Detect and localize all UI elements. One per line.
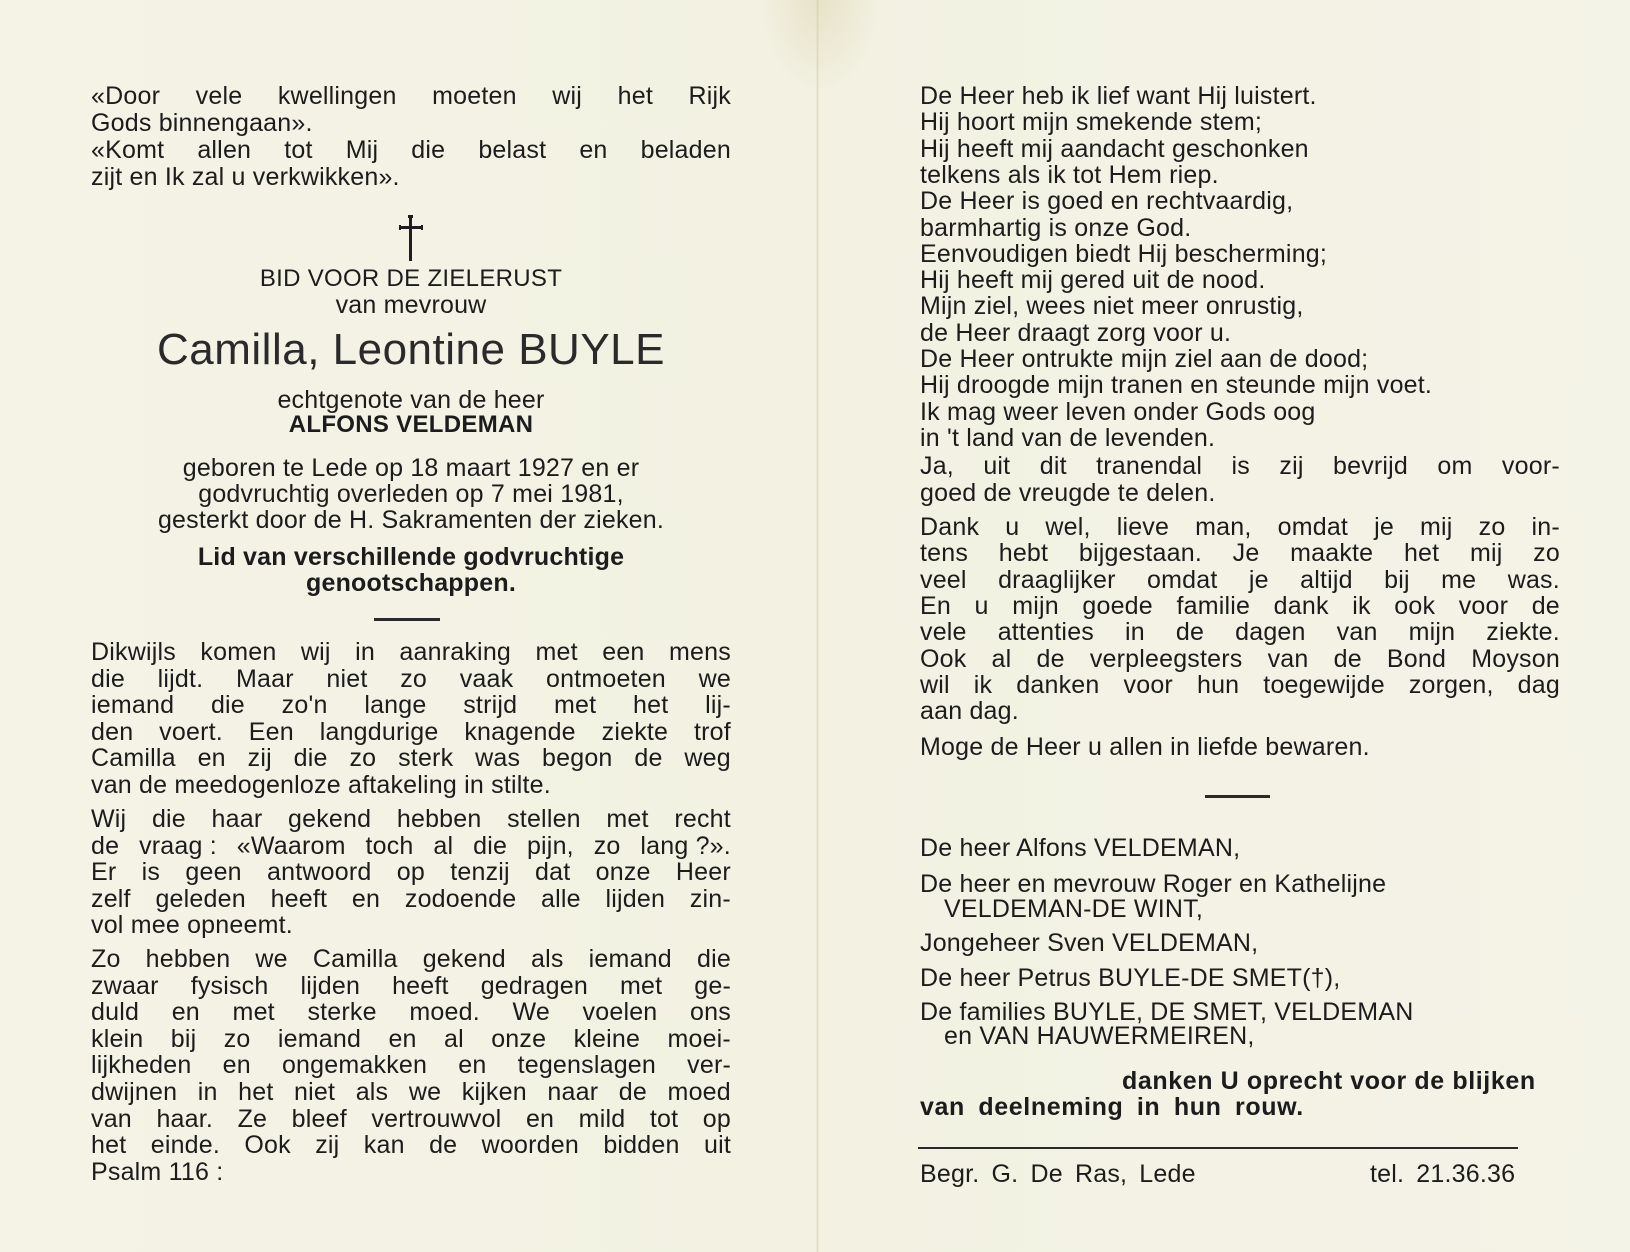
word: je xyxy=(1374,513,1394,541)
word: die xyxy=(411,136,445,164)
word: moed xyxy=(668,1078,731,1106)
word: zo xyxy=(1533,539,1560,567)
word: Ze xyxy=(238,1105,268,1133)
word: met xyxy=(535,638,577,666)
word: zo xyxy=(224,1025,251,1053)
word: die xyxy=(473,832,507,860)
section-divider xyxy=(1205,795,1270,798)
psalm-line: telkens als ik tot Hem riep. xyxy=(920,161,1219,189)
word: alle xyxy=(541,885,581,913)
blessing-line: Moge de Heer u allen in liefde bewaren. xyxy=(920,733,1370,761)
family-line: De heer Alfons VELDEMAN, xyxy=(920,834,1240,862)
word: zo xyxy=(400,665,427,693)
word: we xyxy=(699,665,731,693)
word: voor xyxy=(1459,592,1508,620)
word: pijn, xyxy=(527,832,574,860)
word: ziekte xyxy=(602,718,669,746)
word: Ook xyxy=(244,1131,290,1159)
word: moeten xyxy=(432,82,517,110)
word: bleef xyxy=(292,1105,347,1133)
word: lange xyxy=(364,691,426,719)
word: toegewijde xyxy=(1263,671,1385,699)
paragraph-line: devraag :«Waaromtochaldiepijn,zolang ?». xyxy=(91,832,731,860)
word: zo xyxy=(349,744,376,772)
word: het xyxy=(91,1131,126,1159)
word: altijd xyxy=(1300,566,1353,594)
word: op xyxy=(703,1105,731,1133)
word: lieve xyxy=(1117,513,1169,541)
word: onze xyxy=(491,1025,546,1053)
word: we xyxy=(409,1078,441,1106)
cross-icon xyxy=(393,215,429,261)
undertaker-name: Begr. G. De Ras, Lede xyxy=(920,1160,1196,1188)
word: sterk xyxy=(398,744,453,772)
closing-line: van deelneming in hun rouw. xyxy=(920,1093,1304,1121)
word: met xyxy=(606,805,648,833)
spouse-name: ALFONS VELDEMAN xyxy=(91,411,731,439)
word: en xyxy=(172,998,200,1026)
word: een xyxy=(602,638,644,666)
word: tot xyxy=(650,1105,678,1133)
word: Rijk xyxy=(689,82,731,110)
word: We xyxy=(512,998,549,1026)
word: me xyxy=(1441,566,1476,594)
word: tranendal xyxy=(1096,452,1202,480)
word: Camilla xyxy=(313,945,398,973)
paragraph-line: OokaldeverpleegstersvandeBondMoyson xyxy=(920,645,1560,673)
word: u xyxy=(975,592,989,620)
word: zij xyxy=(315,1131,339,1159)
word: «Komt xyxy=(91,136,164,164)
word: hun xyxy=(1197,671,1239,699)
paragraph-line: zwaarfysischlijdenheeftgedragenmetge- xyxy=(91,972,731,1000)
word: ik xyxy=(1352,592,1370,620)
word: lijden xyxy=(301,972,361,1000)
word: de xyxy=(91,832,119,860)
word: zodoende xyxy=(405,885,516,913)
family-line: en VAN HAUWERMEIREN, xyxy=(944,1022,1255,1050)
word: lijkheden xyxy=(91,1051,191,1079)
psalm-line: De Heer ontrukte mijn ziel aan de dood; xyxy=(920,345,1368,373)
paragraph-line: Psalm 116 : xyxy=(91,1158,223,1186)
word: als xyxy=(531,945,564,973)
word: maakte xyxy=(1290,539,1373,567)
word: Een xyxy=(249,718,294,746)
word: en xyxy=(223,1051,251,1079)
word: moed. xyxy=(409,998,479,1026)
paragraph-line: kleinbijzoiemandenalonzekleinemoei- xyxy=(91,1025,731,1053)
word: «Waarom xyxy=(237,832,346,860)
paragraph-line: vanhaar.Zebleefvertrouwvolenmildtotop xyxy=(91,1105,731,1133)
word: van xyxy=(1337,618,1378,646)
word: in xyxy=(355,638,375,666)
word: voert. xyxy=(159,718,223,746)
word: iemand xyxy=(91,691,174,719)
psalm-line: Hij heeft mij gered uit de nood. xyxy=(920,266,1266,294)
word: dag xyxy=(1518,671,1560,699)
word: omdat xyxy=(1147,566,1217,594)
word: hebben xyxy=(397,805,482,833)
prayer-subheading: van mevrouw xyxy=(91,291,731,319)
word: van xyxy=(1268,645,1309,673)
word: de xyxy=(634,744,662,772)
word: tot xyxy=(284,136,312,164)
paragraph-line: Camillaenzijdiezosterkwasbegondeweg xyxy=(91,744,731,772)
word: recht xyxy=(674,805,731,833)
word: familie xyxy=(1176,592,1250,620)
word: kleine xyxy=(574,1025,641,1053)
card-fold-crease xyxy=(816,0,819,1252)
word: bevrijd xyxy=(1333,452,1408,480)
family-line: VELDEMAN-DE WINT, xyxy=(944,895,1203,923)
word: met xyxy=(554,691,596,719)
word: Dikwijls xyxy=(91,638,176,666)
word: verpleegsters xyxy=(1090,645,1243,673)
epigraph-line: «DoorvelekwellingenmoetenwijhetRijk xyxy=(91,82,731,110)
word: die xyxy=(91,665,125,693)
psalm-line: Ik mag weer leven onder Gods oog xyxy=(920,398,1316,426)
word: uit xyxy=(983,452,1010,480)
word: trof xyxy=(694,718,731,746)
word: Camilla xyxy=(91,744,176,772)
word: lij- xyxy=(705,691,731,719)
word: tegenslagen xyxy=(518,1051,656,1079)
closing-line: danken U oprecht voor de blijken xyxy=(1122,1067,1536,1095)
word: die xyxy=(211,691,245,719)
word: mijn xyxy=(1409,618,1456,646)
paragraph-line: wilikdankenvoorhuntoegewijdezorgen,dag xyxy=(920,671,1560,699)
word: lijdt. xyxy=(158,665,204,693)
epigraph-line: zijt en Ik zal u verkwikken». xyxy=(91,163,400,191)
word: belast xyxy=(478,136,546,164)
word: om xyxy=(1437,452,1472,480)
membership-line: genootschappen. xyxy=(91,569,731,597)
word: langdurige xyxy=(320,718,439,746)
word: geen xyxy=(185,858,241,886)
word: bidden xyxy=(603,1131,679,1159)
paragraph-line: Enumijngoedefamiliedankikookvoorde xyxy=(920,592,1560,620)
paragraph-line: heteinde.Ookzijkandewoordenbiddenuit xyxy=(91,1131,731,1159)
paragraph-line: duldenmetsterkemoed.Wevoelenons xyxy=(91,998,731,1026)
word: dagen xyxy=(1235,618,1306,646)
paragraph-line: van de meedogenloze aftakeling in stilte… xyxy=(91,771,551,799)
word: het xyxy=(238,1078,273,1106)
membership-line: Lid van verschillende godvruchtige xyxy=(91,543,731,571)
word: ver- xyxy=(687,1051,731,1079)
word: klein xyxy=(91,1025,143,1053)
word: en xyxy=(526,1105,554,1133)
word: den xyxy=(91,718,133,746)
word: wil xyxy=(920,671,950,699)
word: allen xyxy=(197,136,251,164)
word: vaak xyxy=(460,665,514,693)
word: Zo xyxy=(91,945,121,973)
word: en xyxy=(198,744,226,772)
word: vele xyxy=(920,618,967,646)
word: attenties xyxy=(998,618,1094,646)
paragraph-line: veeldraaglijkeromdatjealtijdbijmewas. xyxy=(920,566,1560,594)
word: kijken xyxy=(462,1078,527,1106)
word: man, xyxy=(1195,513,1251,541)
word: Heer xyxy=(676,858,731,886)
word: weg xyxy=(684,744,730,772)
word: wel, xyxy=(1045,513,1090,541)
word: woorden xyxy=(482,1131,579,1159)
paragraph-line: aan dag. xyxy=(920,697,1019,725)
paragraph-line: zelfgeledenheeftenzodoendeallelijdenzin- xyxy=(91,885,731,913)
word: Mij xyxy=(346,136,379,164)
paragraph-line: Ja,uitdittranendaliszijbevrijdomvoor- xyxy=(920,452,1560,480)
section-divider xyxy=(374,618,440,621)
word: vertrouwvol xyxy=(371,1105,501,1133)
word: dit xyxy=(1040,452,1067,480)
word: die xyxy=(697,945,731,973)
word: is xyxy=(1232,452,1250,480)
paragraph-line: ZohebbenweCamillagekendalsiemanddie xyxy=(91,945,731,973)
birth-death-line: godvruchtig overleden op 7 mei 1981, xyxy=(91,480,731,508)
word: ons xyxy=(690,998,731,1026)
word: al xyxy=(444,1025,464,1053)
word: vele xyxy=(196,82,243,110)
word: aanraking xyxy=(399,638,511,666)
word: vraag : xyxy=(139,832,217,860)
paragraph-line: iemanddiezo'nlangestrijdmethetlij- xyxy=(91,691,731,719)
psalm-line: De Heer heb ik lief want Hij luistert. xyxy=(920,82,1317,110)
word: naar xyxy=(547,1078,598,1106)
word: draaglijker xyxy=(998,566,1116,594)
paragraph-line: goed de vreugde te delen. xyxy=(920,479,1216,507)
word: die xyxy=(294,744,328,772)
word: dat xyxy=(535,858,570,886)
word: antwoord xyxy=(267,858,371,886)
psalm-line: De Heer is goed en rechtvaardig, xyxy=(920,187,1293,215)
psalm-line: Mijn ziel, wees niet meer onrustig, xyxy=(920,292,1304,320)
word: als xyxy=(356,1078,389,1106)
word: geleden xyxy=(155,885,245,913)
word: van xyxy=(91,1105,132,1133)
word: mij xyxy=(1470,539,1503,567)
paragraph-line: lijkhedenenongemakkenentegenslagenver- xyxy=(91,1051,731,1079)
word: niet xyxy=(294,1078,335,1106)
word: ontmoeten xyxy=(546,665,666,693)
word: Bond xyxy=(1387,645,1446,673)
word: de xyxy=(1532,592,1560,620)
word: dwijnen xyxy=(91,1078,177,1106)
word: mijn xyxy=(1012,592,1059,620)
word: Je xyxy=(1233,539,1260,567)
spouse-label: echtgenote van de heer xyxy=(91,386,731,414)
word: kwellingen xyxy=(278,82,397,110)
word: je xyxy=(1249,566,1269,594)
word: einde. xyxy=(151,1131,220,1159)
footer-divider xyxy=(918,1147,1518,1149)
word: het xyxy=(633,691,668,719)
paragraph-line: dwijneninhetnietalswekijkennaardemoed xyxy=(91,1078,731,1106)
word: de xyxy=(619,1078,647,1106)
word: de xyxy=(429,1131,457,1159)
psalm-line: Hij droogde mijn tranen en steunde mijn … xyxy=(920,371,1432,399)
word: met xyxy=(620,972,662,1000)
word: Ja, xyxy=(920,452,954,480)
word: onze xyxy=(596,858,651,886)
word: iemand xyxy=(589,945,672,973)
word: veel xyxy=(920,566,967,594)
word: in xyxy=(1125,618,1145,646)
paragraph-line: tenshebtbijgestaan.Jemaaktehetmijzo xyxy=(920,539,1560,567)
word: bij xyxy=(171,1025,197,1053)
word: en xyxy=(579,136,607,164)
word: ongemakken xyxy=(282,1051,427,1079)
family-line: Jongeheer Sven VELDEMAN, xyxy=(920,929,1258,957)
word: de xyxy=(1037,645,1065,673)
word: gekend xyxy=(423,945,506,973)
birth-death-line: gesterkt door de H. Sakramenten der ziek… xyxy=(91,506,731,534)
word: beladen xyxy=(641,136,731,164)
paragraph-line: dielijdt.Maarnietzovaakontmoetenwe xyxy=(91,665,731,693)
undertaker-phone: tel. 21.36.36 xyxy=(1370,1160,1515,1188)
word: die xyxy=(152,805,186,833)
word: mij xyxy=(1420,513,1453,541)
word: was. xyxy=(1508,566,1560,594)
word: zo'n xyxy=(282,691,328,719)
word: danken xyxy=(1016,671,1099,699)
word: «Door xyxy=(91,82,160,110)
deceased-name: Camilla, Leontine BUYLE xyxy=(91,326,731,374)
psalm-line: barmhartig is onze God. xyxy=(920,214,1191,242)
word: en xyxy=(388,1025,416,1053)
paragraph-line: Wijdiehaargekendhebbenstellenmetrecht xyxy=(91,805,731,833)
word: voelen xyxy=(583,998,658,1026)
paragraph-line: Dankuwel,lieveman,omdatjemijzoin- xyxy=(920,513,1560,541)
word: stellen xyxy=(507,805,581,833)
word: bij xyxy=(1384,566,1410,594)
word: zo xyxy=(594,832,621,860)
word: en xyxy=(352,885,380,913)
word: mild xyxy=(579,1105,626,1133)
word: met xyxy=(233,998,275,1026)
word: u xyxy=(1005,513,1019,541)
word: fysisch xyxy=(191,972,269,1000)
word: dank xyxy=(1274,592,1329,620)
word: tenzij xyxy=(450,858,510,886)
paragraph-line: veleattentiesindedagenvanmijnziekte. xyxy=(920,618,1560,646)
word: moei- xyxy=(667,1025,731,1053)
word: Er xyxy=(91,858,116,886)
word: en xyxy=(458,1051,486,1079)
word: zij xyxy=(1279,452,1303,480)
word: Ook xyxy=(920,645,966,673)
paragraph-line: ErisgeenantwoordoptenzijdatonzeHeer xyxy=(91,858,731,886)
psalm-line: de Heer draagt zorg voor u. xyxy=(920,319,1231,347)
word: Maar xyxy=(236,665,294,693)
psalm-line: Hij hoort mijn smekende stem; xyxy=(920,108,1262,136)
word: voor xyxy=(1124,671,1173,699)
word: En xyxy=(920,592,951,620)
word: in- xyxy=(1531,513,1559,541)
word: niet xyxy=(326,665,367,693)
word: tens xyxy=(920,539,968,567)
word: gekend xyxy=(288,805,371,833)
prayer-heading: BID VOOR DE ZIELERUST xyxy=(91,265,731,293)
word: uit xyxy=(704,1131,731,1159)
word: begon xyxy=(542,744,613,772)
word: duld xyxy=(91,998,139,1026)
word: was xyxy=(475,744,520,772)
psalm-line: in 't land van de levenden. xyxy=(920,424,1215,452)
word: in xyxy=(198,1078,218,1106)
epigraph-line: «KomtallentotMijdiebelastenbeladen xyxy=(91,136,731,164)
word: is xyxy=(142,858,160,886)
word: we xyxy=(255,945,287,973)
word: zelf xyxy=(91,885,131,913)
word: heeft xyxy=(392,972,449,1000)
word: Wij xyxy=(91,805,126,833)
word: haar. xyxy=(156,1105,213,1133)
word: zorgen, xyxy=(1409,671,1494,699)
word: Moyson xyxy=(1471,645,1560,673)
paragraph-line: Dikwijlskomenwijinaanrakingmeteenmens xyxy=(91,638,731,666)
word: bijgestaan. xyxy=(1079,539,1202,567)
word: wij xyxy=(301,638,331,666)
word: iemand xyxy=(278,1025,361,1053)
word: lijden xyxy=(606,885,666,913)
word: ook xyxy=(1394,592,1435,620)
word: hebt xyxy=(999,539,1048,567)
word: omdat xyxy=(1278,513,1348,541)
paragraph-line: vol mee opneemt. xyxy=(91,911,293,939)
word: knagende xyxy=(464,718,575,746)
paragraph-line: denvoert.Eenlangdurigeknagendeziektetrof xyxy=(91,718,731,746)
family-line: De heer Petrus BUYLE-DE SMET(†), xyxy=(920,964,1340,992)
word: gedragen xyxy=(481,972,588,1000)
word: haar xyxy=(212,805,263,833)
word: heeft xyxy=(271,885,328,913)
word: kan xyxy=(364,1131,405,1159)
word: sterke xyxy=(307,998,376,1026)
birth-death-line: geboren te Lede op 18 maart 1927 en er xyxy=(91,454,731,482)
word: het xyxy=(1404,539,1439,567)
word: het xyxy=(618,82,653,110)
word: lang ?». xyxy=(640,832,731,860)
word: ik xyxy=(974,671,992,699)
word: goede xyxy=(1082,592,1153,620)
word: zwaar xyxy=(91,972,159,1000)
word: al xyxy=(992,645,1012,673)
word: wij xyxy=(552,82,582,110)
word: hebben xyxy=(146,945,231,973)
psalm-line: Hij heeft mij aandacht geschonken xyxy=(920,135,1309,163)
word: strijd xyxy=(463,691,517,719)
word: ge- xyxy=(694,972,731,1000)
word: zin- xyxy=(690,885,731,913)
psalm-line: Eenvoudigen biedt Hij bescherming; xyxy=(920,240,1327,268)
word: zo xyxy=(1479,513,1506,541)
word: de xyxy=(1176,618,1204,646)
word: toch xyxy=(365,832,413,860)
word: komen xyxy=(200,638,276,666)
word: de xyxy=(1334,645,1362,673)
word: mens xyxy=(669,638,731,666)
family-line: De heer en mevrouw Roger en Kathelijne xyxy=(920,870,1386,898)
word: Dank xyxy=(920,513,979,541)
epigraph-line: Gods binnengaan». xyxy=(91,109,313,137)
word: op xyxy=(397,858,425,886)
word: ziekte. xyxy=(1486,618,1560,646)
word: al xyxy=(433,832,453,860)
word: voor- xyxy=(1502,452,1560,480)
word: zij xyxy=(248,744,272,772)
